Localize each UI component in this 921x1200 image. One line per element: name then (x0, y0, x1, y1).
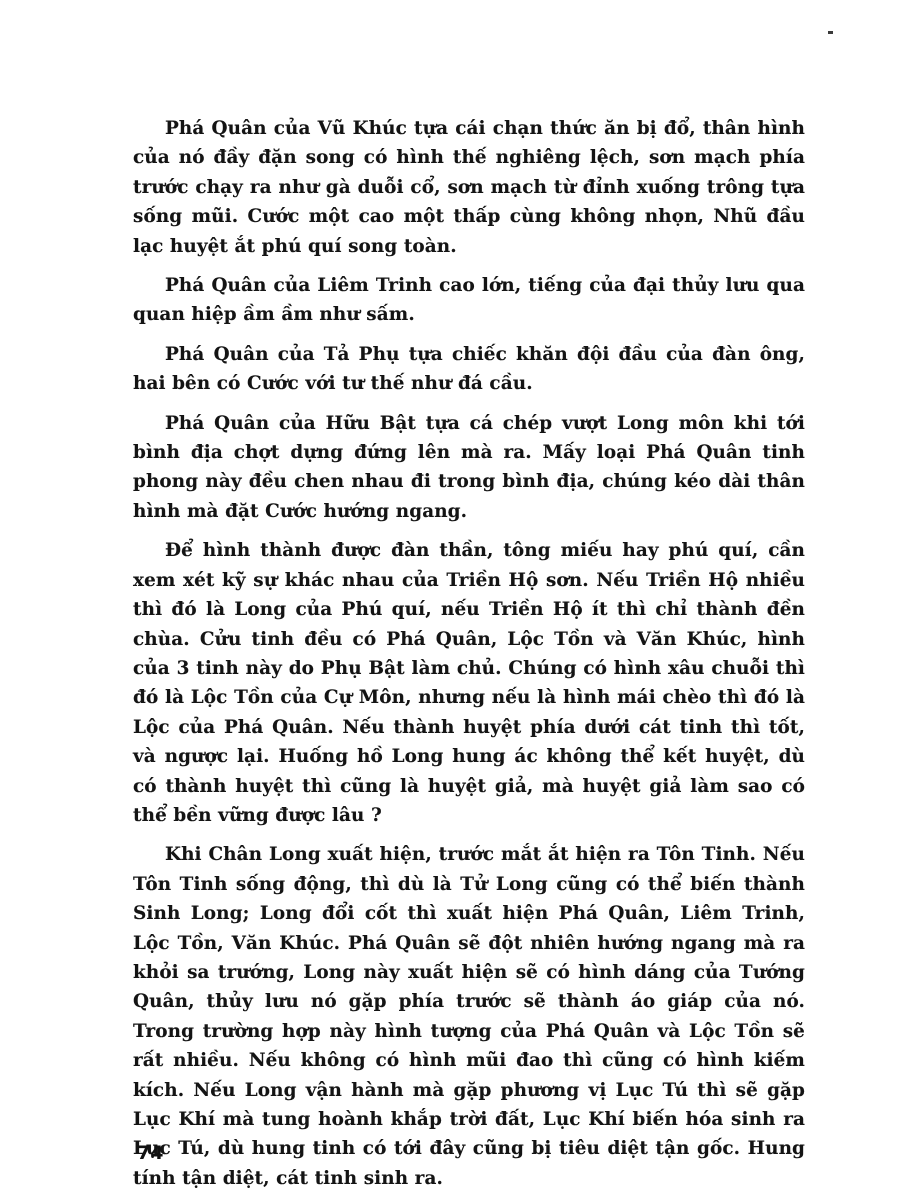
scan-speck (828, 31, 833, 34)
paragraph-pha-quan-vu-khuc: Phá Quân của Vũ Khúc tựa cái chạn thức ă… (133, 114, 805, 261)
paragraph-pha-quan-huu-bat: Phá Quân của Hữu Bật tựa cá chép vượt Lo… (133, 409, 805, 527)
page-number: 74 (137, 1142, 163, 1164)
book-page: Phá Quân của Vũ Khúc tựa cái chạn thức ă… (0, 0, 921, 1200)
paragraph-trien-ho-son: Để hình thành được đàn thần, tông miếu h… (133, 536, 805, 830)
body-text: Phá Quân của Vũ Khúc tựa cái chạn thức ă… (133, 114, 805, 1200)
paragraph-chan-long: Khi Chân Long xuất hiện, trước mắt ắt hi… (133, 840, 805, 1193)
paragraph-pha-quan-ta-phu: Phá Quân của Tả Phụ tựa chiếc khăn đội đ… (133, 340, 805, 399)
paragraph-pha-quan-liem-trinh: Phá Quân của Liêm Trinh cao lớn, tiếng c… (133, 271, 805, 330)
